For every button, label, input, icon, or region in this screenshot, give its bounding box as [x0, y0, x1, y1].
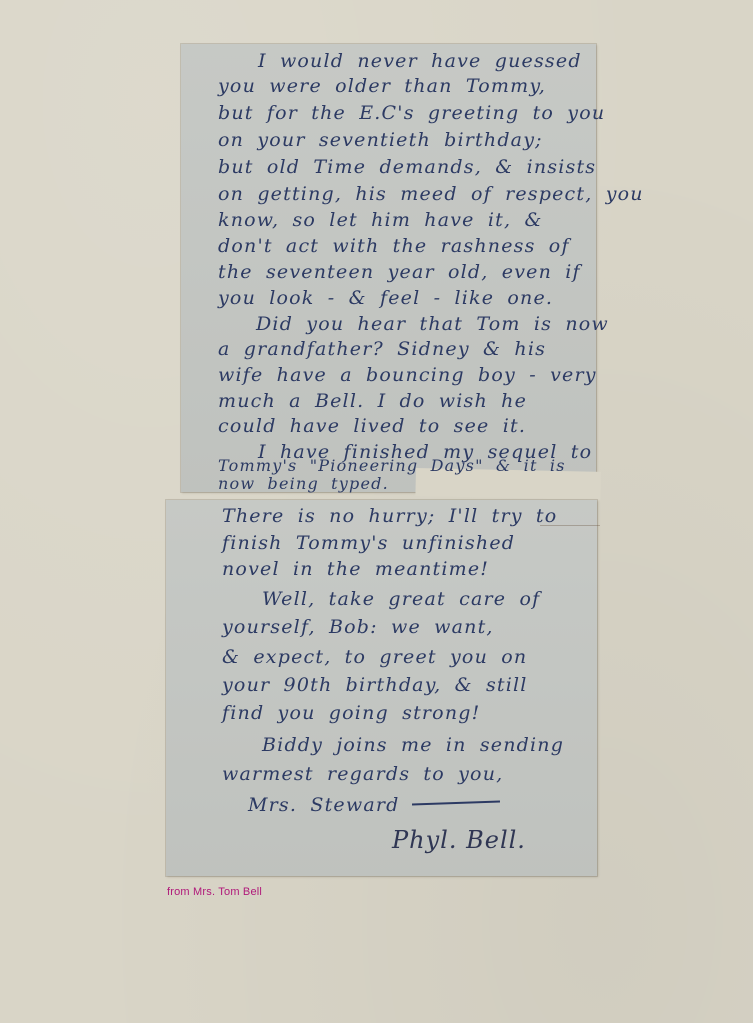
letter-line: There is no hurry; I'll try to	[222, 507, 557, 526]
letter-line: your 90th birthday, & still	[222, 676, 528, 695]
letter-line: finish Tommy's unfinished	[222, 534, 515, 553]
letter-line: a grandfather? Sidney & his	[218, 340, 546, 359]
letter-line: find you going strong!	[222, 704, 480, 723]
letter-line: wife have a bouncing boy - very	[218, 366, 597, 385]
letter-line: warmest regards to you,	[222, 765, 503, 784]
letter-line: don't act with the rashness of	[218, 237, 570, 256]
letter-line: but old Time demands, & insists	[218, 158, 596, 177]
letter-line: I would never have guessed	[258, 52, 582, 71]
letter-line: the seventeen year old, even if	[218, 263, 581, 282]
signature: Phyl. Bell.	[392, 826, 526, 854]
letter-line: you were older than Tommy,	[218, 77, 546, 96]
letter-line: on getting, his meed of respect, you	[218, 185, 644, 204]
letter-line: Well, take great care of	[262, 590, 540, 609]
letter-line: but for the E.C's greeting to you	[218, 104, 605, 123]
letter-line: novel in the meantime!	[222, 560, 489, 579]
letter-line: now being typed.	[218, 476, 389, 492]
faint-pencil-note	[565, 893, 675, 905]
letter-line: on your seventieth birthday;	[218, 131, 543, 150]
letter-line: Did you hear that Tom is now	[256, 315, 609, 334]
letter-line: know, so let him have it, &	[218, 211, 543, 230]
letter-line: yourself, Bob: we want,	[222, 618, 494, 637]
letter-line: much a Bell. I do wish he	[218, 392, 527, 411]
letter-line: you look - & feel - like one.	[218, 289, 553, 308]
letter-line: Tommy's "Pioneering Days" & it is	[218, 458, 566, 474]
letter-line: could have lived to see it.	[218, 417, 526, 436]
album-annotation: from Mrs. Tom Bell	[167, 886, 262, 898]
letter-line: Mrs. Steward	[248, 796, 400, 815]
album-page: I would never have guessed you were olde…	[0, 0, 753, 1023]
letter-line: Biddy joins me in sending	[262, 736, 564, 755]
letter-line: & expect, to greet you on	[222, 648, 527, 667]
